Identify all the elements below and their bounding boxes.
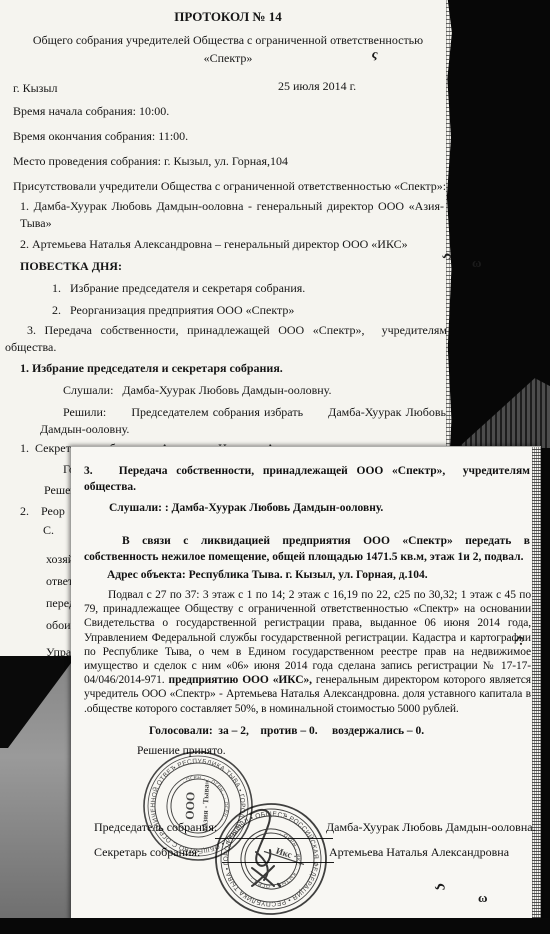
- secretary-name: Артемьева Наталья Александровна: [329, 845, 509, 859]
- stamp1-center-ooo: ООО: [183, 791, 198, 819]
- paragraph-text: Подвал с 27 по 37: 3 этаж с 1 по 14; 2 э…: [84, 589, 534, 686]
- ink-artifact: ω: [478, 890, 488, 906]
- section3-vote: Голосовали: за – 2, против – 0. воздержа…: [149, 724, 424, 738]
- meeting-city: г. Кызыл: [13, 80, 57, 97]
- section3-paragraph-1: В связи с ликвидацией предприятия ООО «С…: [84, 534, 530, 565]
- document-subtitle: Общего собрания учредителей Общества с о…: [0, 32, 456, 49]
- meeting-start-time: Время начала собрания: 10:00.: [13, 103, 169, 120]
- section3-heard: Слушали: : Дамба-Хуурак Любовь Дамдын-оо…: [109, 501, 383, 515]
- section1-heard: Слушали: Дамба-Хуурак Любовь Дамдын-ооло…: [63, 382, 331, 399]
- section3-heading: 3. Передача собственности, принадлежащей…: [84, 463, 530, 495]
- meeting-place: Место проведения собрания: г. Кызыл, ул.…: [13, 153, 288, 170]
- margin-fragment: Упра: [46, 644, 71, 661]
- agenda-heading: ПОВЕСТКА ДНЯ:: [20, 258, 122, 275]
- scanner-bottom-shadow: [0, 918, 550, 934]
- section1-heading: 1. Избрание председателя и секретаря соб…: [20, 360, 283, 377]
- document-title: ПРОТОКОЛ № 14: [0, 8, 456, 25]
- attendee-1: 1. Дамба-Хуурак Любовь Дамдын-ооловна - …: [20, 198, 444, 232]
- stamp2-ring-text: • РОССИЙСКАЯ ФЕДЕРАЦИЯ • РЕСПУБЛИКА ТЫВА…: [212, 800, 330, 918]
- meeting-date: 25 июля 2014 г.: [278, 78, 356, 95]
- object-address: Адрес объекта: Республика Тыва. г. Кызыл…: [107, 568, 428, 582]
- ink-artifact: ω: [472, 255, 482, 271]
- agenda-item-3: 3. Передача собственности, принадлежащей…: [5, 322, 447, 356]
- meeting-end-time: Время окончания собрания: 11:00.: [13, 128, 188, 145]
- document-subtitle-org: «Спектр»: [0, 50, 456, 67]
- agenda-item-2: 2. Реорганизация предприятия ООО «Спектр…: [52, 302, 294, 319]
- agenda-item-1: 1. Избрание председателя и секретаря соб…: [52, 280, 305, 297]
- section2-cut-line: 2. Реор: [20, 503, 65, 520]
- stamp1-center-name: «Азия - Тыва»: [200, 780, 211, 832]
- scanned-document: ПРОТОКОЛ № 14 Общего собрания учредителе…: [0, 0, 550, 934]
- margin-fragment: хозяй: [46, 551, 74, 568]
- attendees-intro: Присутствовали учредители Общества с огр…: [13, 178, 453, 195]
- company-iks-bold: предприятию ООО «ИКС»,: [169, 674, 316, 686]
- attendee-2: 2. Артемьева Наталья Александровна – ген…: [20, 236, 408, 253]
- margin-fragment: С.: [43, 522, 54, 539]
- section1-resolved: Решили: Председателем собрания избрать Д…: [40, 404, 446, 438]
- scan-streak-artifact: [455, 376, 550, 448]
- chairman-name: Дамба-Хуурак Любовь Дамдын-ооловна.: [326, 820, 536, 834]
- ink-artifact: ς·: [513, 635, 530, 646]
- margin-fragment: ответ: [46, 573, 73, 590]
- section3-paragraph-2: Подвал с 27 по 37: 3 этаж с 1 по 14; 2 э…: [84, 588, 531, 716]
- svg-text:• РОССИЙСКАЯ ФЕДЕРАЦИЯ • РЕСПУ: • РОССИЙСКАЯ ФЕДЕРАЦИЯ • РЕСПУБЛИКА ТЫВА…: [212, 800, 330, 918]
- ink-artifact: ς: [432, 883, 449, 891]
- round-stamp-iks: • РОССИЙСКАЯ ФЕДЕРАЦИЯ • РЕСПУБЛИКА ТЫВА…: [212, 800, 330, 918]
